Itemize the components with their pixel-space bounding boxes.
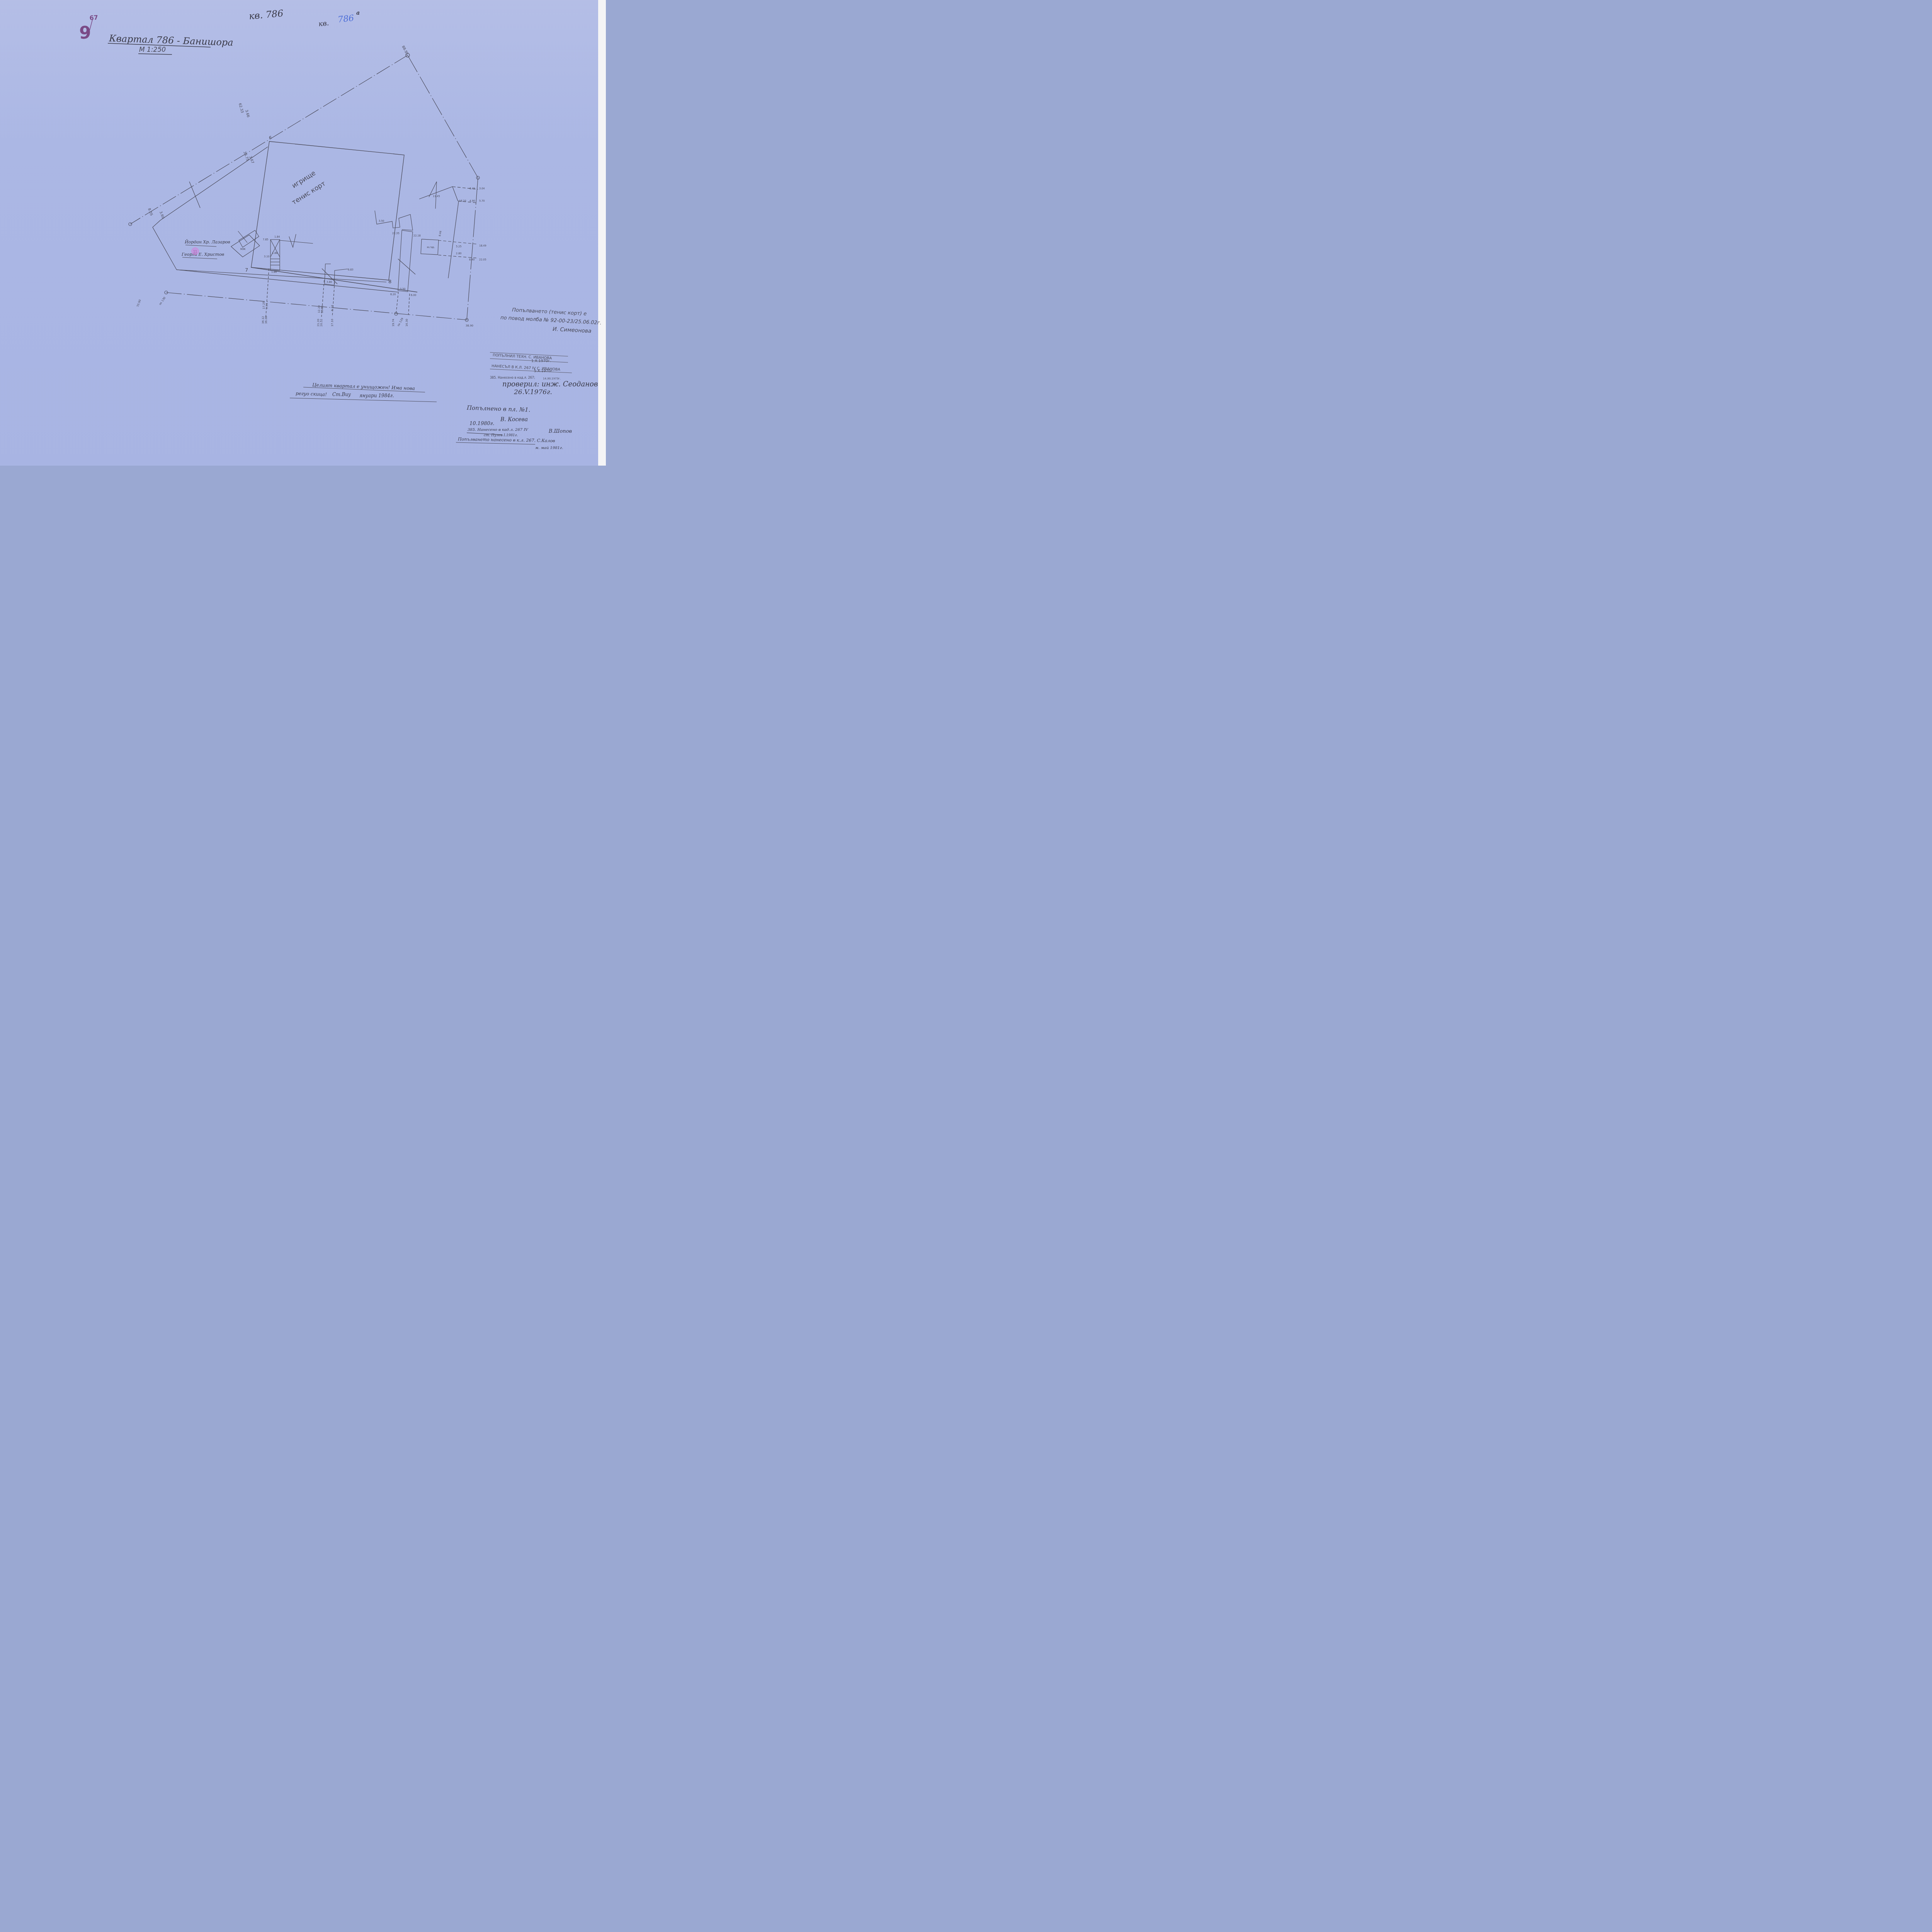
destroyed-note-line-2: регуо скица!: [296, 391, 327, 397]
station-36-08: 36.08: [265, 316, 268, 324]
offset-dash-5: [408, 294, 410, 315]
point-8-label: 8: [388, 279, 391, 285]
sheet-number-superscript: 67: [89, 14, 99, 22]
stamp-line-4: 5.Х.1970г.: [534, 369, 554, 373]
dim-18-20: 18.20: [459, 199, 466, 202]
diagonal-labels: 88.95 62.33 3.66 36.75 3.67 8.05 3.69: [147, 45, 409, 219]
point-7-label: 7: [245, 267, 248, 273]
stamp-block: ПОПЪЛНИЛ ТЕХН. С. ИВАНОВА 1.Х.1970г. НАН…: [490, 352, 572, 380]
dim-8-40: 8.40: [469, 258, 474, 261]
station-36-12: 36.12: [262, 316, 265, 324]
station-16-51: 16.51: [321, 305, 324, 313]
dim-1-84: 1.84: [274, 235, 280, 238]
owner-1-underline: [185, 245, 216, 247]
left-building-type: МЖ: [240, 248, 246, 251]
tennis-note-signature: И. Симеонова: [553, 326, 592, 334]
dim-3-50-bottom: 3.50: [400, 287, 405, 291]
right-complex-slash: [398, 259, 415, 274]
checked-by: проверил: инж. Сеоданов 26.V.1976г.: [502, 380, 598, 396]
plotted-signature: В.Шопов: [548, 429, 572, 434]
label-3-69: 3.69: [158, 211, 165, 220]
survey-sheet: 9 67 Квартал 786 - Банишора М 1:250 кв. …: [0, 0, 599, 466]
left-building: МЖ: [231, 230, 260, 257]
check-mark-icon: [289, 234, 296, 247]
scale-underline: [138, 54, 172, 54]
destroyed-note-signature: Ст.Виу: [332, 392, 351, 397]
final-line: Попълването нанесено в к.л. 267. С.Калов: [457, 437, 555, 443]
stamp-line-6: 14.XII.1973г.: [543, 377, 561, 380]
center-building-outline: [270, 240, 280, 270]
filled-date: 10.1980г.: [469, 421, 494, 427]
dim-3-80: 3.80: [327, 281, 332, 284]
filled-signature: В. Косева: [500, 417, 528, 423]
filled-block: Попълнено в пл. №1. 10.1980г. В. Косева …: [456, 404, 572, 450]
dim-6-00: 6.00: [411, 294, 416, 297]
dim-5-70: 5.70: [479, 199, 485, 202]
boundary-diagonal-right: [408, 55, 478, 178]
owner-1: Йордан Хр. Лазаров: [184, 239, 230, 245]
station-21-20: 21.20: [317, 319, 320, 327]
label-8-05: 8.05: [147, 208, 153, 216]
baseline-dashdot: [166, 293, 468, 320]
center-building-fence-line: [280, 240, 313, 243]
offset-dash-1: [266, 269, 269, 317]
label-38-90: 38.90: [466, 324, 473, 327]
station-12-20: 12.20: [318, 305, 321, 313]
offset-dash-4: [396, 292, 398, 314]
dim-11-45: 11.45: [433, 195, 440, 198]
tennis-note-line-1: Попълването (тенис корт) е: [512, 307, 587, 317]
dim-5-25: 5.25: [456, 245, 461, 248]
left-building-hatched-annex: [239, 230, 259, 247]
checked-line-2: 26.V.1976г.: [514, 388, 552, 396]
right-inner-vertical: [448, 201, 459, 278]
dim-22-05: 22.05: [479, 258, 486, 261]
plot-lines: [129, 53, 480, 321]
dim-1-88: 1.88: [272, 252, 277, 255]
dim-8-46: 8.46: [438, 231, 442, 237]
garage-type: м.гар.: [427, 246, 435, 249]
dim-4-90: 4.90: [469, 199, 475, 202]
dim-22-35: 22.35: [392, 232, 400, 235]
ok-129-label: ок 129: [397, 317, 404, 327]
point-6-label: 6: [269, 135, 272, 140]
owner-names: Йордан Хр. Лазаров Георги Е. Христов 11: [181, 239, 230, 259]
owner-stamp-number: 11: [193, 250, 197, 253]
plot-outer-boundary: [153, 220, 386, 282]
station-17-25: 17.25: [262, 301, 265, 309]
header-mark-kv: кв.: [318, 19, 329, 28]
station-20-52: 20.52: [320, 319, 323, 327]
header-mark-786-blue: 786: [337, 14, 354, 25]
dim-6-20: 6.20: [390, 293, 396, 296]
stamp-line-5: 385. Нанесено в кад.л. 267;: [490, 376, 535, 379]
dim-7-85: 7.85: [263, 238, 268, 241]
stamp-line-2: 1.Х.1970г.: [531, 359, 551, 363]
final-date: м. май 1981г.: [535, 446, 563, 450]
garage-offset-dash-1: [438, 240, 478, 244]
sheet-scale: М 1:250: [139, 46, 166, 54]
right-complex: [375, 182, 478, 292]
sheet-number: 9: [79, 23, 91, 43]
tennis-court-outline: [251, 141, 404, 280]
owner-2: Георги Е. Христов: [181, 252, 224, 257]
tennis-court-note: Попълването (тенис корт) е по повод молб…: [500, 307, 602, 334]
station-17-10: 17.10: [331, 319, 334, 327]
dim-18-49: 18.49: [479, 244, 486, 247]
header-mark-kv-786: кв. 786: [248, 8, 284, 22]
plot-tick-line: [189, 182, 200, 208]
dim-3-10: 3.10: [264, 255, 269, 258]
sheet-header: 9 67 Квартал 786 - Банишора М 1:250 кв. …: [79, 8, 360, 54]
survey-drawing: 9 67 Квартал 786 - Банишора М 1:250 кв. …: [0, 0, 606, 466]
court-label: игрище тенис корт: [291, 169, 327, 206]
destroyed-note-underline-2: [290, 398, 437, 402]
dim-1-86: 1.86: [271, 270, 277, 274]
label-3-66: 3.66: [244, 109, 250, 118]
label-88-95: 88.95: [401, 45, 409, 56]
offset-dash-3: [332, 282, 335, 317]
right-corner-polyline: [419, 187, 458, 201]
label-62-33: 62.33: [238, 103, 244, 113]
dim-2-80: 2.80: [456, 252, 461, 255]
destroyed-note: Целият квартал е унищожен! Има нова регу…: [290, 382, 437, 402]
dim-6-83: 6.83: [348, 268, 353, 271]
header-mark-suffix: а: [356, 10, 360, 16]
dim-3-04: 3.04: [479, 187, 485, 190]
plotted-line: 385. Нанесено в кад.л. 267 IV: [468, 428, 529, 432]
filled-line: Попълнено в пл. №1.: [466, 404, 531, 413]
station-6-10: 6.10: [331, 305, 334, 311]
destroyed-note-date: януари 1984г.: [359, 393, 394, 398]
label-36-75: 36.75: [242, 151, 249, 162]
station-5-53: 5.53: [265, 303, 269, 309]
ok-130-label: ок 130: [158, 296, 166, 306]
bottom-station-labels: 17.25 5.53 36.12 36.08 12.20 16.51 21.20…: [136, 296, 473, 327]
station-19-74: 19.74: [392, 318, 395, 327]
owner-2-underline: [182, 257, 217, 259]
dim-22-18: 22.18: [413, 234, 421, 237]
dim-3-50-top: 3.50: [379, 219, 384, 223]
station-16-30: 16.30: [405, 319, 408, 327]
checked-line-1: проверил: инж. Сеоданов: [502, 380, 598, 388]
dim-6-49: 6.49: [469, 187, 475, 190]
left-margin-mark: 70.90: [136, 299, 141, 308]
